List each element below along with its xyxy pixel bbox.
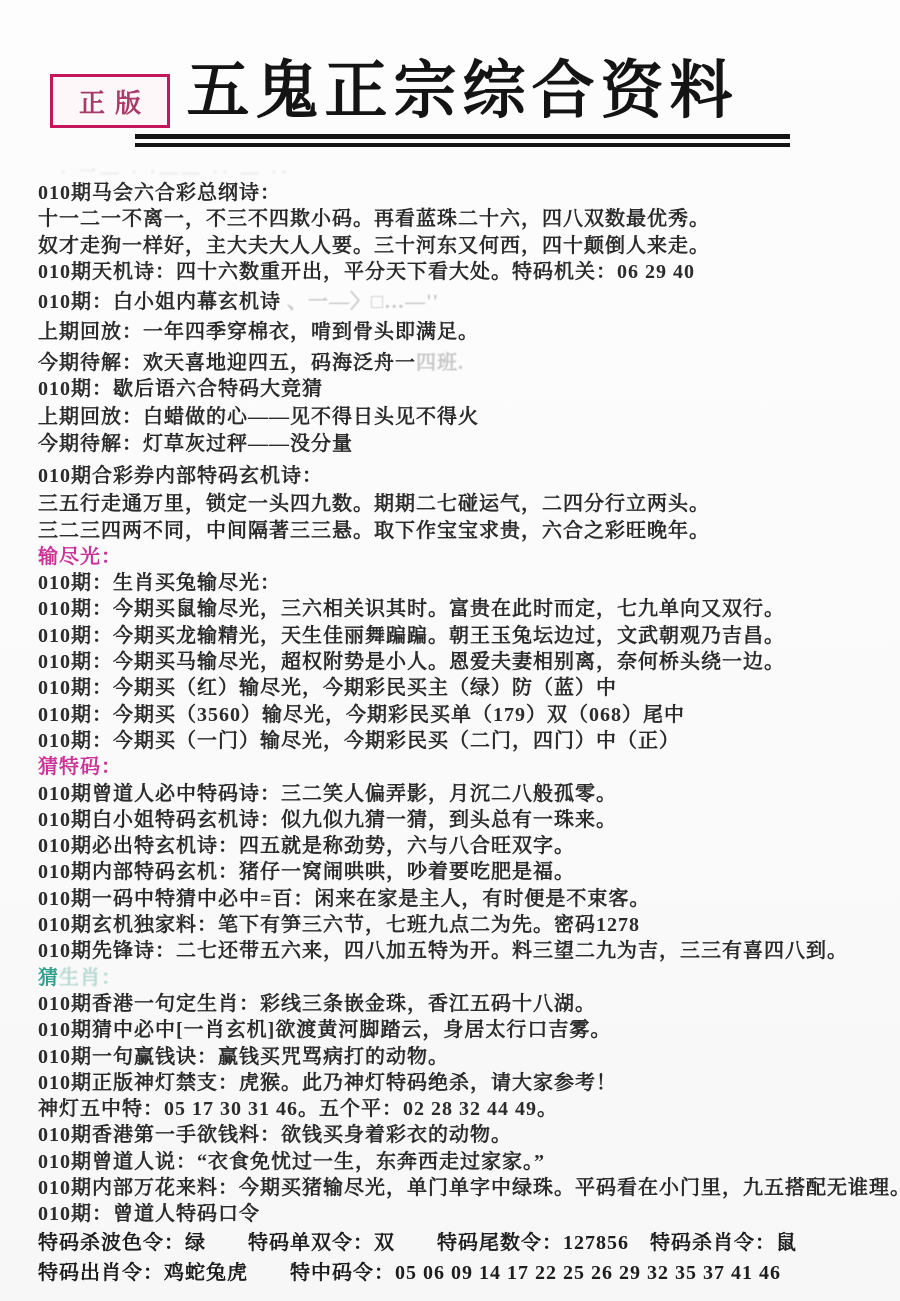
- text-line: 010期：今期买龙输精光，天生佳丽舞蹁蹁。朝王玉兔坛边过，文武朝观乃吉昌。: [38, 623, 878, 649]
- text-line: 上期回放：一年四季穿棉衣，啃到骨头即满足。: [38, 319, 878, 345]
- text-line-main: 010期一句赢钱诀：赢钱买咒骂病打的动物。: [38, 1046, 449, 1068]
- text-line: 010期：今期买（红）输尽光，今期彩民买主（绿）防（蓝）中: [38, 675, 878, 701]
- text-line: 010期香港第一手欲钱料：欲钱买身着彩衣的动物。: [38, 1122, 878, 1148]
- text-line-main: 010期香港第一手欲钱料：欲钱买身着彩衣的动物。: [38, 1124, 512, 1146]
- text-line: 010期马会六合彩总纲诗：: [38, 180, 878, 206]
- text-line: 010期曾道人说：“衣食免忧过一生，东奔西走过家家。”: [38, 1149, 878, 1175]
- text-line-main: 特码出肖令：鸡蛇兔虎 特中码令：05 06 09 14 17 22 25 26 …: [38, 1262, 781, 1284]
- page: 正版 五鬼正宗综合资料 · 一— · ·—— ·· — ·· 010期马会六合彩…: [0, 0, 900, 1301]
- text-line-main: 特码杀波色令：绿 特码单双令：双 特码尾数令：127856 特码杀肖令：鼠: [38, 1232, 797, 1254]
- text-line-main: 010期白小姐特码玄机诗：似九似九猜一猜，到头总有一珠来。: [38, 809, 617, 831]
- text-line-main: 010期：今期买马输尽光，超权附势是小人。恩爱夫妻相别离，奈何桥头绕一边。: [38, 651, 785, 673]
- text-line-faded-tail: 四班.: [416, 352, 464, 374]
- text-line: 十一二一不离一，不三不四欺小码。再看蓝珠二十六，四八双数最优秀。: [38, 206, 878, 232]
- text-line-main: 010期曾道人说：“衣食免忧过一生，东奔西走过家家。”: [38, 1151, 545, 1173]
- text-line-main: 010期内部万花来料：今期买猪输尽光，单门单字中绿珠。平码看在小门里，九五搭配无…: [38, 1177, 900, 1199]
- text-line: 010期曾道人必中特码诗：三二笑人偏弄影，月沉二八般孤零。: [38, 781, 878, 807]
- text-line-main: 010期：今期买（一门）输尽光，今期彩民买（二门，四门）中（正）: [38, 730, 680, 752]
- title-underline-bottom: [135, 143, 790, 147]
- text-line-main: 输尽光：: [38, 546, 122, 568]
- text-line: 010期合彩券内部特码玄机诗：: [38, 463, 878, 489]
- text-line: 010期内部特码玄机：猪仔一窝闹哄哄，吵着要吃肥是福。: [38, 859, 878, 885]
- text-line: 今期待解：灯草灰过秤——没分量: [38, 431, 878, 457]
- text-line: 010期：今期买鼠输尽光，三六相关识其时。富贵在此时而定，七九单向又双行。: [38, 596, 878, 622]
- content-lines: 010期马会六合彩总纲诗：十一二一不离一，不三不四欺小码。再看蓝珠二十六，四八双…: [38, 180, 878, 1286]
- title-underline-top: [135, 134, 790, 139]
- text-line-main: 010期内部特码玄机：猪仔一窝闹哄哄，吵着要吃肥是福。: [38, 861, 575, 883]
- text-line-main: 十一二一不离一，不三不四欺小码。再看蓝珠二十六，四八双数最优秀。: [38, 208, 710, 230]
- text-line: 010期猜中必中[一肖玄机]欲渡黄河脚踏云，身居太行口吉雾。: [38, 1017, 878, 1043]
- text-line: 今期待解：欢天喜地迎四五，码海泛舟一四班.: [38, 350, 878, 376]
- text-line: 010期：今期买马输尽光，超权附势是小人。恩爱夫妻相别离，奈何桥头绕一边。: [38, 649, 878, 675]
- text-line: 010期天机诗：四十六数重开出，平分天下看大处。特码机关：06 29 40: [38, 259, 878, 285]
- title-block: 五鬼正宗综合资料: [135, 58, 790, 147]
- text-line-main: 010期：歇后语六合特码大竞猜: [38, 378, 323, 400]
- text-line-faded-tail: 生肖：: [59, 967, 122, 989]
- text-line-main: 010期：今期买（红）输尽光，今期彩民买主（绿）防（蓝）中: [38, 677, 617, 699]
- text-line: 010期：今期买（一门）输尽光，今期彩民买（二门，四门）中（正）: [38, 728, 878, 754]
- text-line: 奴才走狗一样好，主大夫大人人要。三十河东又何西，四十颠倒人来走。: [38, 233, 878, 259]
- text-line: 010期：曾道人特码口令: [38, 1201, 878, 1227]
- text-line: 神灯五中特：05 17 30 31 46。五个平：02 28 32 44 49。: [38, 1096, 878, 1122]
- text-line-main: 三二三四两不同，中间隔著三三悬。取下作宝宝求贵，六合之彩旺晚年。: [38, 520, 710, 542]
- page-title: 五鬼正宗综合资料: [135, 58, 790, 124]
- text-line: 010期：今期买（3560）输尽光，今期彩民买单（179）双（068）尾中: [38, 702, 878, 728]
- text-line: 010期内部万花来料：今期买猪输尽光，单门单字中绿珠。平码看在小门里，九五搭配无…: [38, 1175, 878, 1201]
- text-line-faded-tail: 、一—〉□…—'': [281, 291, 439, 313]
- text-line: 猜生肖：: [38, 965, 878, 991]
- text-line-main: 三五行走通万里，锁定一头四九数。期期二七碰运气，二四分行立两头。: [38, 493, 710, 515]
- text-line: 上期回放：白蜡做的心——见不得日头见不得火: [38, 404, 878, 430]
- text-line-main: 今期待解：欢天喜地迎四五，码海泛舟一: [38, 352, 416, 374]
- text-line-main: 上期回放：白蜡做的心——见不得日头见不得火: [38, 406, 479, 428]
- text-line-main: 猜: [38, 967, 59, 989]
- text-line-main: 上期回放：一年四季穿棉衣，啃到骨头即满足。: [38, 321, 479, 343]
- text-line-main: 010期猜中必中[一肖玄机]欲渡黄河脚踏云，身居太行口吉雾。: [38, 1019, 611, 1041]
- text-line-main: 010期香港一句定生肖：彩线三条嵌金珠，香江五码十八湖。: [38, 993, 596, 1015]
- text-line-main: 010期必出特玄机诗：四五就是称劲势，六与八合旺双字。: [38, 835, 575, 857]
- text-line-main: 010期一码中特猜中必中=百：闲来在家是主人，有时便是不束客。: [38, 888, 650, 910]
- text-line-main: 今期待解：灯草灰过秤——没分量: [38, 433, 353, 455]
- text-line: 输尽光：: [38, 544, 878, 570]
- text-line-main: 010期正版神灯禁支：虎猴。此乃神灯特码绝杀，请大家参考！: [38, 1072, 617, 1094]
- text-line: 三五行走通万里，锁定一头四九数。期期二七碰运气，二四分行立两头。: [38, 491, 878, 517]
- text-line: 010期一句赢钱诀：赢钱买咒骂病打的动物。: [38, 1044, 878, 1070]
- text-line-main: 010期合彩券内部特码玄机诗：: [38, 465, 323, 487]
- text-line-main: 010期天机诗：四十六数重开出，平分天下看大处。特码机关：06 29 40: [38, 261, 695, 283]
- text-line: 010期：白小姐内幕玄机诗 、一—〉□…—'': [38, 289, 878, 315]
- text-line: 010期正版神灯禁支：虎猴。此乃神灯特码绝杀，请大家参考！: [38, 1070, 878, 1096]
- text-line: 三二三四两不同，中间隔著三三悬。取下作宝宝求贵，六合之彩旺晚年。: [38, 518, 878, 544]
- text-line: 010期先锋诗：二七还带五六来，四八加五特为开。料三望二九为吉，三三有喜四八到。: [38, 938, 878, 964]
- text-line-main: 猜特码：: [38, 756, 122, 778]
- text-line-main: 010期马会六合彩总纲诗：: [38, 182, 281, 204]
- text-line-main: 010期：曾道人特码口令: [38, 1203, 260, 1225]
- text-line: 010期一码中特猜中必中=百：闲来在家是主人，有时便是不束客。: [38, 886, 878, 912]
- text-line: 猜特码：: [38, 754, 878, 780]
- text-line: 特码出肖令：鸡蛇兔虎 特中码令：05 06 09 14 17 22 25 26 …: [38, 1260, 878, 1286]
- text-line: 010期玄机独家料：笔下有笋三六节，七班九点二为先。密码1278: [38, 912, 878, 938]
- text-line-main: 010期曾道人必中特码诗：三二笑人偏弄影，月沉二八般孤零。: [38, 783, 617, 805]
- text-line-main: 010期先锋诗：二七还带五六来，四八加五特为开。料三望二九为吉，三三有喜四八到。: [38, 940, 848, 962]
- text-line: 010期香港一句定生肖：彩线三条嵌金珠，香江五码十八湖。: [38, 991, 878, 1017]
- text-line: 特码杀波色令：绿 特码单双令：双 特码尾数令：127856 特码杀肖令：鼠: [38, 1230, 878, 1256]
- text-line-main: 神灯五中特：05 17 30 31 46。五个平：02 28 32 44 49。: [38, 1098, 558, 1120]
- text-line-main: 010期：生肖买兔输尽光：: [38, 572, 281, 594]
- text-line: 010期白小姐特码玄机诗：似九似九猜一猜，到头总有一珠来。: [38, 807, 878, 833]
- text-line: 010期必出特玄机诗：四五就是称劲势，六与八合旺双字。: [38, 833, 878, 859]
- text-line-main: 010期玄机独家料：笔下有笋三六节，七班九点二为先。密码1278: [38, 914, 640, 936]
- text-line: 010期：生肖买兔输尽光：: [38, 570, 878, 596]
- text-line-main: 010期：白小姐内幕玄机诗: [38, 291, 281, 313]
- text-line-main: 010期：今期买（3560）输尽光，今期彩民买单（179）双（068）尾中: [38, 704, 685, 726]
- text-line: 010期：歇后语六合特码大竞猜: [38, 376, 878, 402]
- text-line-main: 奴才走狗一样好，主大夫大人人要。三十河东又何西，四十颠倒人来走。: [38, 235, 710, 257]
- text-line-main: 010期：今期买龙输精光，天生佳丽舞蹁蹁。朝王玉兔坛边过，文武朝观乃吉昌。: [38, 625, 785, 647]
- text-line-main: 010期：今期买鼠输尽光，三六相关识其时。富贵在此时而定，七九单向又双行。: [38, 598, 785, 620]
